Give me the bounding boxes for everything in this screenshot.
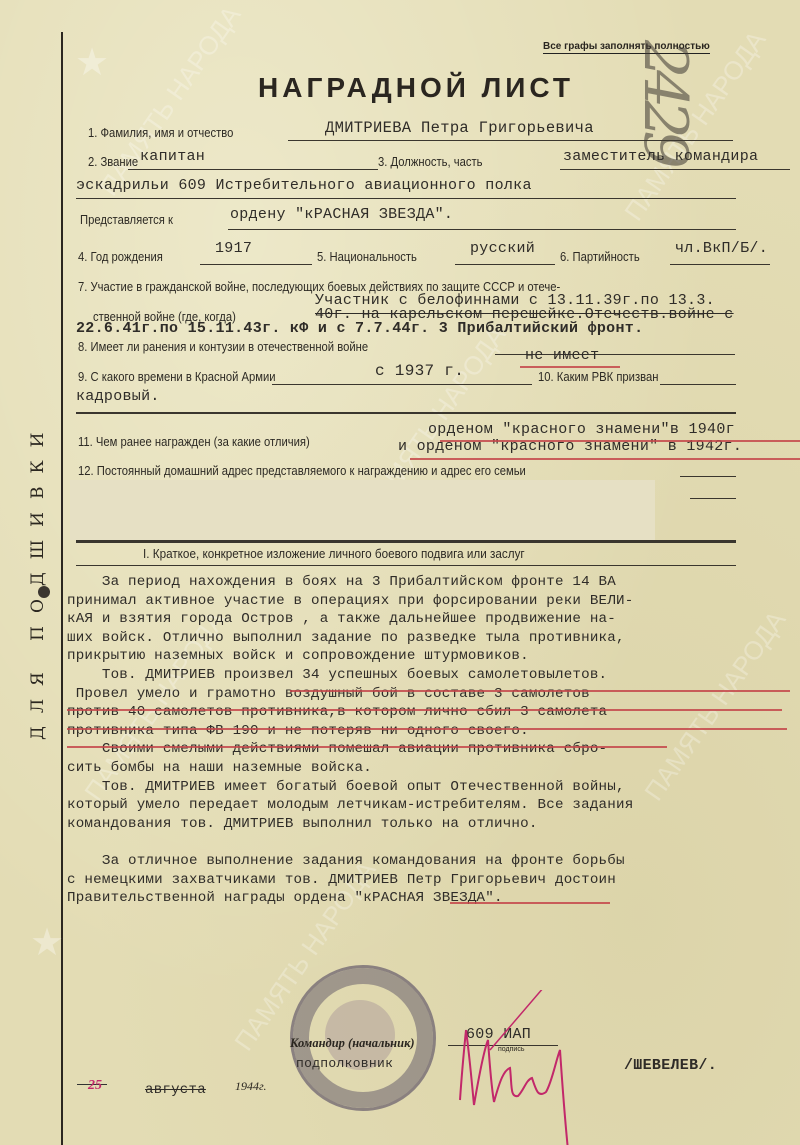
date-day: 25 (88, 1078, 102, 1094)
red-underline (450, 902, 610, 904)
commander-name: /ШЕВЕЛЕВ/. (624, 1057, 717, 1074)
red-underline (520, 366, 620, 368)
body-text: За период нахождения в боях на 3 Прибалт… (67, 573, 633, 908)
field-3-value-2: эскадрильи 609 Истребительного авиационн… (76, 177, 532, 194)
body-line: За отличное выполнение задания командова… (67, 852, 633, 871)
field-11-value-1: орденом "красного знамени"в 1940г (428, 421, 735, 438)
underline (200, 264, 312, 265)
side-label-text: ДЛЯ ПОДШИВКИ (28, 420, 48, 740)
body-line: противника типа ФВ 190 и не потеряв ни о… (67, 722, 633, 741)
body-line: командования тов. ДМИТРИЕВ выполнил толь… (67, 815, 633, 834)
body-line: принимал активное участие в операциях пр… (67, 592, 633, 611)
field-12-label: 12. Постоянный домашний адрес представля… (78, 464, 526, 478)
body-line (67, 833, 633, 852)
red-underline (67, 746, 667, 748)
watermark: ПАМЯТЬ НАРОДА (95, 1, 245, 200)
red-underline (290, 690, 790, 692)
section-title: I. Краткое, конкретное изложение личного… (143, 546, 525, 561)
field-2-label: 2. Звание (88, 155, 138, 169)
body-line: За период нахождения в боях на 3 Прибалт… (67, 573, 633, 592)
underline (690, 498, 736, 499)
handwritten-number: 2429 (630, 40, 700, 161)
body-line: который умело передает молодым летчикам-… (67, 796, 633, 815)
binding-margin-label: ДЛЯ ПОДШИВКИ (18, 440, 68, 740)
field-11-label: 11. Чем ранее награжден (за какие отличи… (78, 435, 310, 449)
underline (228, 229, 736, 230)
underline (76, 412, 736, 414)
watermark-star-icon: ★ (75, 40, 109, 85)
body-line: Правительственной награды ордена "кРАСНА… (67, 889, 633, 908)
red-underline (440, 440, 800, 442)
field-2-value: капитан (140, 148, 205, 165)
body-line: ших войск. Отлично выполнил задание по р… (67, 629, 633, 648)
section-divider (76, 540, 736, 543)
red-underline (67, 728, 787, 730)
commander-label: Командир (начальник) (290, 1036, 415, 1051)
underline (288, 140, 733, 141)
field-9-label: 9. С какого времени в Красной Армии (78, 370, 276, 384)
field-7-value-3: 22.6.41г.по 15.11.43г. кФ и с 7.7.44г. 3… (76, 320, 643, 337)
field-10-label: 10. Каким РВК призван (538, 370, 658, 384)
field-6-label: 6. Партийность (560, 250, 640, 264)
body-line: прикрытию наземных войск и сопровождение… (67, 647, 633, 666)
watermark-star-icon: ★ (30, 920, 64, 965)
body-line: Провел умело и грамотно воздушный бой в … (67, 685, 633, 704)
red-underline (67, 709, 782, 711)
underline (680, 476, 736, 477)
field-3-label: 3. Должность, часть (378, 155, 482, 169)
commander-rank: подполковник (296, 1056, 393, 1071)
field-4-label: 4. Год рождения (78, 250, 163, 264)
field-5-value: русский (470, 240, 535, 257)
body-line: Своими смелыми действиями помешал авиаци… (67, 740, 633, 759)
date-year: 1944г. (235, 1079, 267, 1094)
section-divider (76, 565, 736, 566)
redacted-address (70, 480, 655, 540)
body-line: Тов. ДМИТРИЕВ имеет богатый боевой опыт … (67, 778, 633, 797)
field-9-value: с 1937 г. (375, 362, 464, 380)
body-line: с немецкими захватчиками тов. ДМИТРИЕВ П… (67, 871, 633, 890)
underline (670, 264, 770, 265)
watermark: ПАМЯТЬ НАРОДА (640, 606, 790, 805)
field-6-value: чл.ВкП/Б/. (675, 240, 768, 257)
underline (560, 169, 790, 170)
body-line: против 40 самолетов противника,в котором… (67, 703, 633, 722)
field-8-value: не имеет (525, 347, 599, 364)
underline (455, 264, 555, 265)
field-10-value: кадровый. (76, 388, 160, 405)
underline (128, 169, 378, 170)
field-8-label: 8. Имеет ли ранения и контузии в отечест… (78, 340, 368, 354)
body-line: сить бомбы на наши наземные войска. (67, 759, 633, 778)
body-line: Тов. ДМИТРИЕВ произвел 34 успешных боевы… (67, 666, 633, 685)
field-4-value: 1917 (215, 240, 252, 257)
presented-label: Представляется к (80, 213, 173, 227)
body-line: кАЯ и взятия города Остров , а также дал… (67, 610, 633, 629)
signature-icon (450, 990, 620, 1145)
underline (76, 198, 736, 199)
field-3-value-1: заместитель командира (563, 148, 758, 165)
date-month: августа (145, 1082, 206, 1098)
red-underline (410, 458, 800, 460)
underline (660, 384, 736, 385)
field-5-label: 5. Национальность (317, 250, 417, 264)
underline (272, 384, 532, 385)
field-1-label: 1. Фамилия, имя и отчество (88, 126, 233, 140)
presented-value: ордену "кРАСНАЯ ЗВЕЗДА". (230, 206, 453, 223)
field-1-value: ДМИТРИЕВА Петра Григорьевича (325, 119, 594, 137)
document-title: НАГРАДНОЙ ЛИСТ (258, 72, 574, 104)
